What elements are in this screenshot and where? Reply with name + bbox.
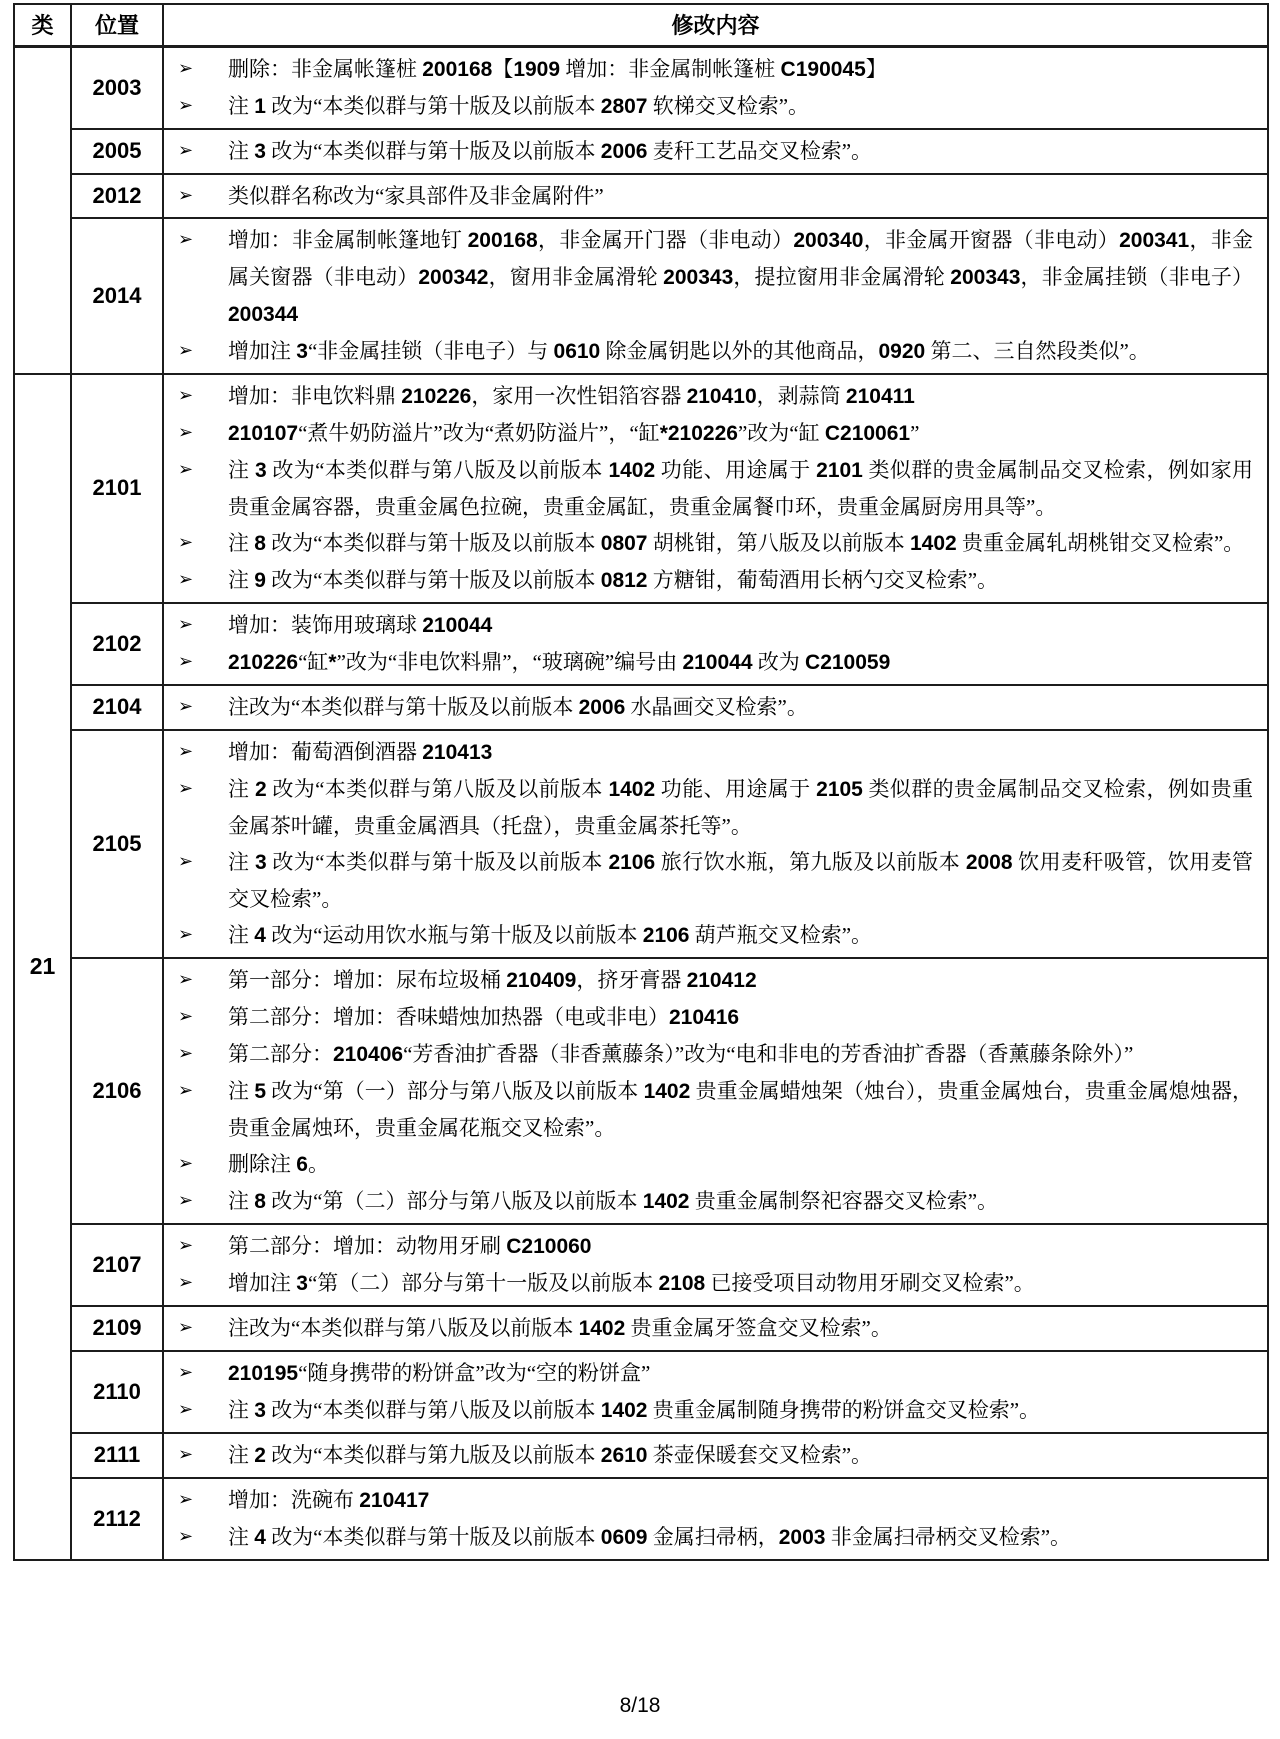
arrow-bullet-icon: ➢ (178, 222, 193, 258)
change-item: ➢注 9 改为“本类似群与第十版及以前版本 0812 方糖钳，葡萄酒用长柄勺交叉… (164, 562, 1253, 599)
change-text: 增加注 3“第（二）部分与第十一版及以前版本 2108 已接受项目动物用牙刷交叉… (228, 1271, 1035, 1295)
arrow-bullet-icon: ➢ (178, 1036, 193, 1072)
position-cell: 2106 (71, 958, 163, 1224)
arrow-bullet-icon: ➢ (178, 1310, 193, 1346)
change-item: ➢增加：非金属制帐篷地钉 200168，非金属开门器（非电动）200340，非金… (164, 222, 1253, 333)
table-row: 2012 ➢类似群名称改为“家具部件及非金属附件” (14, 174, 1268, 218)
change-text: 第一部分：增加：尿布垃圾桶 210409，挤牙膏器 210412 (228, 968, 757, 992)
change-item: ➢第二部分：210406“芳香油扩香器（非香薰藤条）”改为“电和非电的芳香油扩香… (164, 1036, 1253, 1073)
arrow-bullet-icon: ➢ (178, 962, 193, 998)
change-text: 第二部分：增加：香味蜡烛加热器（电或非电）210416 (228, 1005, 739, 1029)
change-item: ➢增加：装饰用玻璃球 210044 (164, 607, 1253, 644)
arrow-bullet-icon: ➢ (178, 771, 193, 807)
change-item: ➢注 4 改为“运动用饮水瓶与第十版及以前版本 2106 葫芦瓶交叉检索”。 (164, 917, 1253, 954)
position-cell: 2111 (71, 1433, 163, 1478)
change-text: 删除：非金属帐篷桩 200168【1909 增加：非金属制帐篷桩 C190045… (228, 57, 887, 81)
arrow-bullet-icon: ➢ (178, 1482, 193, 1518)
content-cell: ➢删除：非金属帐篷桩 200168【1909 增加：非金属制帐篷桩 C19004… (163, 46, 1268, 129)
change-item: ➢注 3 改为“本类似群与第十版及以前版本 2106 旅行饮水瓶，第九版及以前版… (164, 844, 1253, 917)
position-cell: 2110 (71, 1351, 163, 1433)
content-cell: ➢类似群名称改为“家具部件及非金属附件” (163, 174, 1268, 218)
arrow-bullet-icon: ➢ (178, 607, 193, 643)
change-text: 删除注 6。 (228, 1152, 329, 1176)
change-item: ➢注改为“本类似群与第八版及以前版本 1402 贵重金属牙签盒交叉检索”。 (164, 1310, 1253, 1347)
change-item: ➢注 8 改为“本类似群与第十版及以前版本 0807 胡桃钳，第八版及以前版本 … (164, 525, 1253, 562)
content-cell: ➢增加：非金属制帐篷地钉 200168，非金属开门器（非电动）200340，非金… (163, 218, 1268, 374)
position-cell: 2105 (71, 730, 163, 958)
change-text: 注 5 改为“第（一）部分与第八版及以前版本 1402 贵重金属蜡烛架（烛台），… (228, 1079, 1253, 1140)
arrow-bullet-icon: ➢ (178, 844, 193, 880)
table-row: 2107 ➢第二部分：增加：动物用牙刷 C210060 ➢增加注 3“第（二）部… (14, 1224, 1268, 1306)
arrow-bullet-icon: ➢ (178, 378, 193, 414)
arrow-bullet-icon: ➢ (178, 734, 193, 770)
change-item: ➢注 5 改为“第（一）部分与第八版及以前版本 1402 贵重金属蜡烛架（烛台）… (164, 1073, 1253, 1146)
position-cell: 2014 (71, 218, 163, 374)
content-cell: ➢第一部分：增加：尿布垃圾桶 210409，挤牙膏器 210412 ➢第二部分：… (163, 958, 1268, 1224)
content-cell: ➢增加：洗碗布 210417 ➢注 4 改为“本类似群与第十版及以前版本 060… (163, 1478, 1268, 1560)
change-text: 增加注 3“非金属挂锁（非电子）与 0610 除金属钥匙以外的其他商品，0920… (228, 339, 1150, 363)
position-cell: 2012 (71, 174, 163, 218)
table-row: 2111 ➢注 2 改为“本类似群与第九版及以前版本 2610 茶壶保暖套交叉检… (14, 1433, 1268, 1478)
arrow-bullet-icon: ➢ (178, 88, 193, 124)
change-item: ➢注 1 改为“本类似群与第十版及以前版本 2807 软梯交叉检索”。 (164, 88, 1253, 125)
table-row: 2106 ➢第一部分：增加：尿布垃圾桶 210409，挤牙膏器 210412 ➢… (14, 958, 1268, 1224)
change-item: ➢210107“煮牛奶防溢片”改为“煮奶防溢片”，“缸*210226”改为“缸 … (164, 415, 1253, 452)
change-text: 增加：非电饮料鼎 210226，家用一次性铝箔容器 210410，剥蒜筒 210… (228, 384, 915, 408)
arrow-bullet-icon: ➢ (178, 689, 193, 725)
col-header-content: 修改内容 (163, 4, 1268, 46)
change-item: ➢增加注 3“非金属挂锁（非电子）与 0610 除金属钥匙以外的其他商品，092… (164, 333, 1253, 370)
arrow-bullet-icon: ➢ (178, 1437, 193, 1473)
change-text: 注 2 改为“本类似群与第八版及以前版本 1402 功能、用途属于 2105 类… (228, 777, 1253, 838)
arrow-bullet-icon: ➢ (178, 178, 193, 214)
change-item: ➢注 3 改为“本类似群与第十版及以前版本 2006 麦秆工艺品交叉检索”。 (164, 133, 1253, 170)
table-row: 21 2101 ➢增加：非电饮料鼎 210226，家用一次性铝箔容器 21041… (14, 374, 1268, 603)
arrow-bullet-icon: ➢ (178, 1519, 193, 1555)
change-item: ➢类似群名称改为“家具部件及非金属附件” (164, 178, 1253, 214)
change-item: ➢210195“随身携带的粉饼盒”改为“空的粉饼盒” (164, 1355, 1253, 1392)
change-text: 注 4 改为“运动用饮水瓶与第十版及以前版本 2106 葫芦瓶交叉检索”。 (228, 923, 872, 947)
change-item: ➢第二部分：增加：动物用牙刷 C210060 (164, 1228, 1253, 1265)
change-text: 注 2 改为“本类似群与第九版及以前版本 2610 茶壶保暖套交叉检索”。 (228, 1443, 872, 1467)
arrow-bullet-icon: ➢ (178, 999, 193, 1035)
change-text: 增加：葡萄酒倒酒器 210413 (228, 740, 492, 764)
change-item: ➢增加注 3“第（二）部分与第十一版及以前版本 2108 已接受项目动物用牙刷交… (164, 1265, 1253, 1302)
change-item: ➢删除：非金属帐篷桩 200168【1909 增加：非金属制帐篷桩 C19004… (164, 51, 1253, 88)
table-row: 2003 ➢删除：非金属帐篷桩 200168【1909 增加：非金属制帐篷桩 C… (14, 46, 1268, 129)
change-text: 类似群名称改为“家具部件及非金属附件” (228, 184, 604, 208)
arrow-bullet-icon: ➢ (178, 333, 193, 369)
position-cell: 2109 (71, 1306, 163, 1351)
table-row: 2112 ➢增加：洗碗布 210417 ➢注 4 改为“本类似群与第十版及以前版… (14, 1478, 1268, 1560)
arrow-bullet-icon: ➢ (178, 1073, 193, 1109)
arrow-bullet-icon: ➢ (178, 133, 193, 169)
content-cell: ➢增加：装饰用玻璃球 210044 ➢210226“缸*”改为“非电饮料鼎”，“… (163, 603, 1268, 685)
arrow-bullet-icon: ➢ (178, 917, 193, 953)
change-text: 第二部分：210406“芳香油扩香器（非香薰藤条）”改为“电和非电的芳香油扩香器… (228, 1042, 1133, 1066)
change-item: ➢注改为“本类似群与第十版及以前版本 2006 水晶画交叉检索”。 (164, 689, 1253, 726)
arrow-bullet-icon: ➢ (178, 1228, 193, 1264)
change-text: 注改为“本类似群与第十版及以前版本 2006 水晶画交叉检索”。 (228, 695, 808, 719)
change-item: ➢210226“缸*”改为“非电饮料鼎”，“玻璃碗”编号由 210044 改为 … (164, 644, 1253, 681)
col-header-class: 类 (14, 4, 71, 46)
content-cell: ➢210195“随身携带的粉饼盒”改为“空的粉饼盒” ➢注 3 改为“本类似群与… (163, 1351, 1268, 1433)
change-item: ➢增加：非电饮料鼎 210226，家用一次性铝箔容器 210410，剥蒜筒 21… (164, 378, 1253, 415)
change-item: ➢删除注 6。 (164, 1146, 1253, 1183)
position-cell: 2005 (71, 129, 163, 174)
arrow-bullet-icon: ➢ (178, 1265, 193, 1301)
position-cell: 2003 (71, 46, 163, 129)
arrow-bullet-icon: ➢ (178, 562, 193, 598)
change-text: 增加：装饰用玻璃球 210044 (228, 613, 492, 637)
content-cell: ➢注 3 改为“本类似群与第十版及以前版本 2006 麦秆工艺品交叉检索”。 (163, 129, 1268, 174)
change-text: 注 9 改为“本类似群与第十版及以前版本 0812 方糖钳，葡萄酒用长柄勺交叉检… (228, 568, 998, 592)
content-cell: ➢增加：非电饮料鼎 210226，家用一次性铝箔容器 210410，剥蒜筒 21… (163, 374, 1268, 603)
change-item: ➢注 8 改为“第（二）部分与第八版及以前版本 1402 贵重金属制祭祀容器交叉… (164, 1183, 1253, 1220)
change-item: ➢第二部分：增加：香味蜡烛加热器（电或非电）210416 (164, 999, 1253, 1036)
change-text: 210195“随身携带的粉饼盒”改为“空的粉饼盒” (228, 1361, 650, 1385)
change-text: 注 8 改为“第（二）部分与第八版及以前版本 1402 贵重金属制祭祀容器交叉检… (228, 1189, 998, 1213)
content-cell: ➢增加：葡萄酒倒酒器 210413 ➢注 2 改为“本类似群与第八版及以前版本 … (163, 730, 1268, 958)
arrow-bullet-icon: ➢ (178, 51, 193, 87)
position-cell: 2112 (71, 1478, 163, 1560)
change-item: ➢增加：洗碗布 210417 (164, 1482, 1253, 1519)
change-text: 注 3 改为“本类似群与第八版及以前版本 1402 贵重金属制随身携带的粉饼盒交… (228, 1398, 1040, 1422)
change-item: ➢注 4 改为“本类似群与第十版及以前版本 0609 金属扫帚柄，2003 非金… (164, 1519, 1253, 1556)
table-row: 2109 ➢注改为“本类似群与第八版及以前版本 1402 贵重金属牙签盒交叉检索… (14, 1306, 1268, 1351)
change-text: 第二部分：增加：动物用牙刷 C210060 (228, 1234, 592, 1258)
change-text: 注 3 改为“本类似群与第八版及以前版本 1402 功能、用途属于 2101 类… (228, 458, 1253, 519)
change-item: ➢第一部分：增加：尿布垃圾桶 210409，挤牙膏器 210412 (164, 962, 1253, 999)
table-row: 2105 ➢增加：葡萄酒倒酒器 210413 ➢注 2 改为“本类似群与第八版及… (14, 730, 1268, 958)
change-text: 注 3 改为“本类似群与第十版及以前版本 2006 麦秆工艺品交叉检索”。 (228, 139, 872, 163)
change-item: ➢注 3 改为“本类似群与第八版及以前版本 1402 功能、用途属于 2101 … (164, 452, 1253, 525)
table-row: 2014 ➢增加：非金属制帐篷地钉 200168，非金属开门器（非电动）2003… (14, 218, 1268, 374)
change-text: 增加：洗碗布 210417 (228, 1488, 429, 1512)
change-text: 注 4 改为“本类似群与第十版及以前版本 0609 金属扫帚柄，2003 非金属… (228, 1525, 1071, 1549)
arrow-bullet-icon: ➢ (178, 1183, 193, 1219)
position-cell: 2101 (71, 374, 163, 603)
col-header-position: 位置 (71, 4, 163, 46)
change-text: 210226“缸*”改为“非电饮料鼎”，“玻璃碗”编号由 210044 改为 C… (228, 650, 890, 674)
arrow-bullet-icon: ➢ (178, 1355, 193, 1391)
content-cell: ➢注 2 改为“本类似群与第九版及以前版本 2610 茶壶保暖套交叉检索”。 (163, 1433, 1268, 1478)
change-item: ➢注 2 改为“本类似群与第九版及以前版本 2610 茶壶保暖套交叉检索”。 (164, 1437, 1253, 1474)
change-text: 注 3 改为“本类似群与第十版及以前版本 2106 旅行饮水瓶，第九版及以前版本… (228, 850, 1253, 911)
content-cell: ➢注改为“本类似群与第十版及以前版本 2006 水晶画交叉检索”。 (163, 685, 1268, 730)
page-number: 8/18 (0, 1694, 1280, 1718)
change-text: 注改为“本类似群与第八版及以前版本 1402 贵重金属牙签盒交叉检索”。 (228, 1316, 892, 1340)
position-cell: 2102 (71, 603, 163, 685)
class-cell-21: 21 (14, 374, 71, 1560)
table-row: 2110 ➢210195“随身携带的粉饼盒”改为“空的粉饼盒” ➢注 3 改为“… (14, 1351, 1268, 1433)
content-cell: ➢第二部分：增加：动物用牙刷 C210060 ➢增加注 3“第（二）部分与第十一… (163, 1224, 1268, 1306)
content-cell: ➢注改为“本类似群与第八版及以前版本 1402 贵重金属牙签盒交叉检索”。 (163, 1306, 1268, 1351)
change-item: ➢增加：葡萄酒倒酒器 210413 (164, 734, 1253, 771)
modification-table: 类 位置 修改内容 2003 ➢删除：非金属帐篷桩 200168【1909 增加… (13, 3, 1269, 1561)
arrow-bullet-icon: ➢ (178, 452, 193, 488)
change-item: ➢注 2 改为“本类似群与第八版及以前版本 1402 功能、用途属于 2105 … (164, 771, 1253, 844)
table-row: 2102 ➢增加：装饰用玻璃球 210044 ➢210226“缸*”改为“非电饮… (14, 603, 1268, 685)
change-item: ➢注 3 改为“本类似群与第八版及以前版本 1402 贵重金属制随身携带的粉饼盒… (164, 1392, 1253, 1429)
arrow-bullet-icon: ➢ (178, 415, 193, 451)
change-text: 增加：非金属制帐篷地钉 200168，非金属开门器（非电动）200340，非金属… (228, 228, 1253, 326)
change-text: 注 1 改为“本类似群与第十版及以前版本 2807 软梯交叉检索”。 (228, 94, 809, 118)
arrow-bullet-icon: ➢ (178, 1146, 193, 1182)
table-row: 2005 ➢注 3 改为“本类似群与第十版及以前版本 2006 麦秆工艺品交叉检… (14, 129, 1268, 174)
header-row: 类 位置 修改内容 (14, 4, 1268, 46)
class-cell-empty (14, 46, 71, 374)
table-row: 2104 ➢注改为“本类似群与第十版及以前版本 2006 水晶画交叉检索”。 (14, 685, 1268, 730)
arrow-bullet-icon: ➢ (178, 525, 193, 561)
position-cell: 2107 (71, 1224, 163, 1306)
change-text: 注 8 改为“本类似群与第十版及以前版本 0807 胡桃钳，第八版及以前版本 1… (228, 531, 1244, 555)
arrow-bullet-icon: ➢ (178, 1392, 193, 1428)
position-cell: 2104 (71, 685, 163, 730)
arrow-bullet-icon: ➢ (178, 644, 193, 680)
change-text: 210107“煮牛奶防溢片”改为“煮奶防溢片”，“缸*210226”改为“缸 C… (228, 421, 919, 445)
